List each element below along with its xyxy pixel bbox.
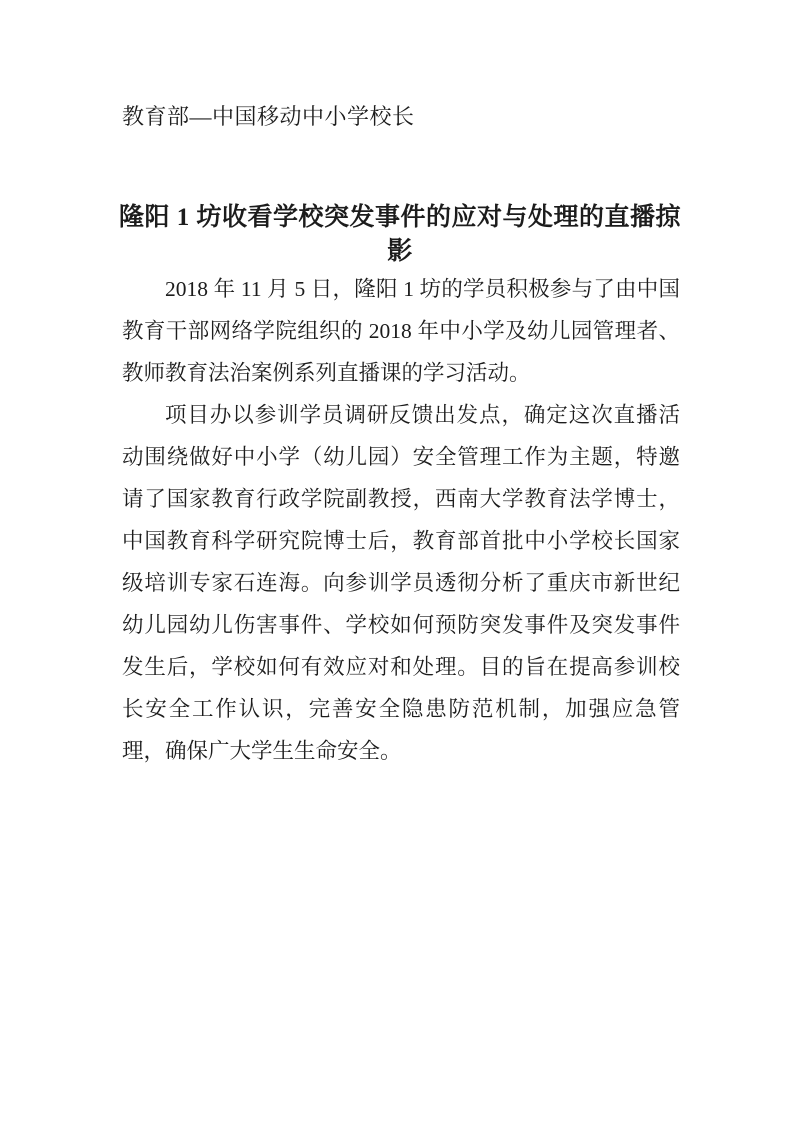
- document-body: 2018 年 11 月 5 日，隆阳 1 坊的学员积极参与了由中国教育干部网络学…: [122, 268, 680, 772]
- paragraph-1: 2018 年 11 月 5 日，隆阳 1 坊的学员积极参与了由中国教育干部网络学…: [122, 268, 680, 394]
- document-title: 隆阳 1 坊收看学校突发事件的应对与处理的直播掠影: [110, 201, 690, 269]
- paragraph-2: 项目办以参训学员调研反馈出发点，确定这次直播活动围绕做好中小学（幼儿园）安全管理…: [122, 394, 680, 772]
- document-header: 教育部—中国移动中小学校长: [122, 102, 680, 132]
- document-page: 教育部—中国移动中小学校长 隆阳 1 坊收看学校突发事件的应对与处理的直播掠影 …: [0, 0, 800, 1131]
